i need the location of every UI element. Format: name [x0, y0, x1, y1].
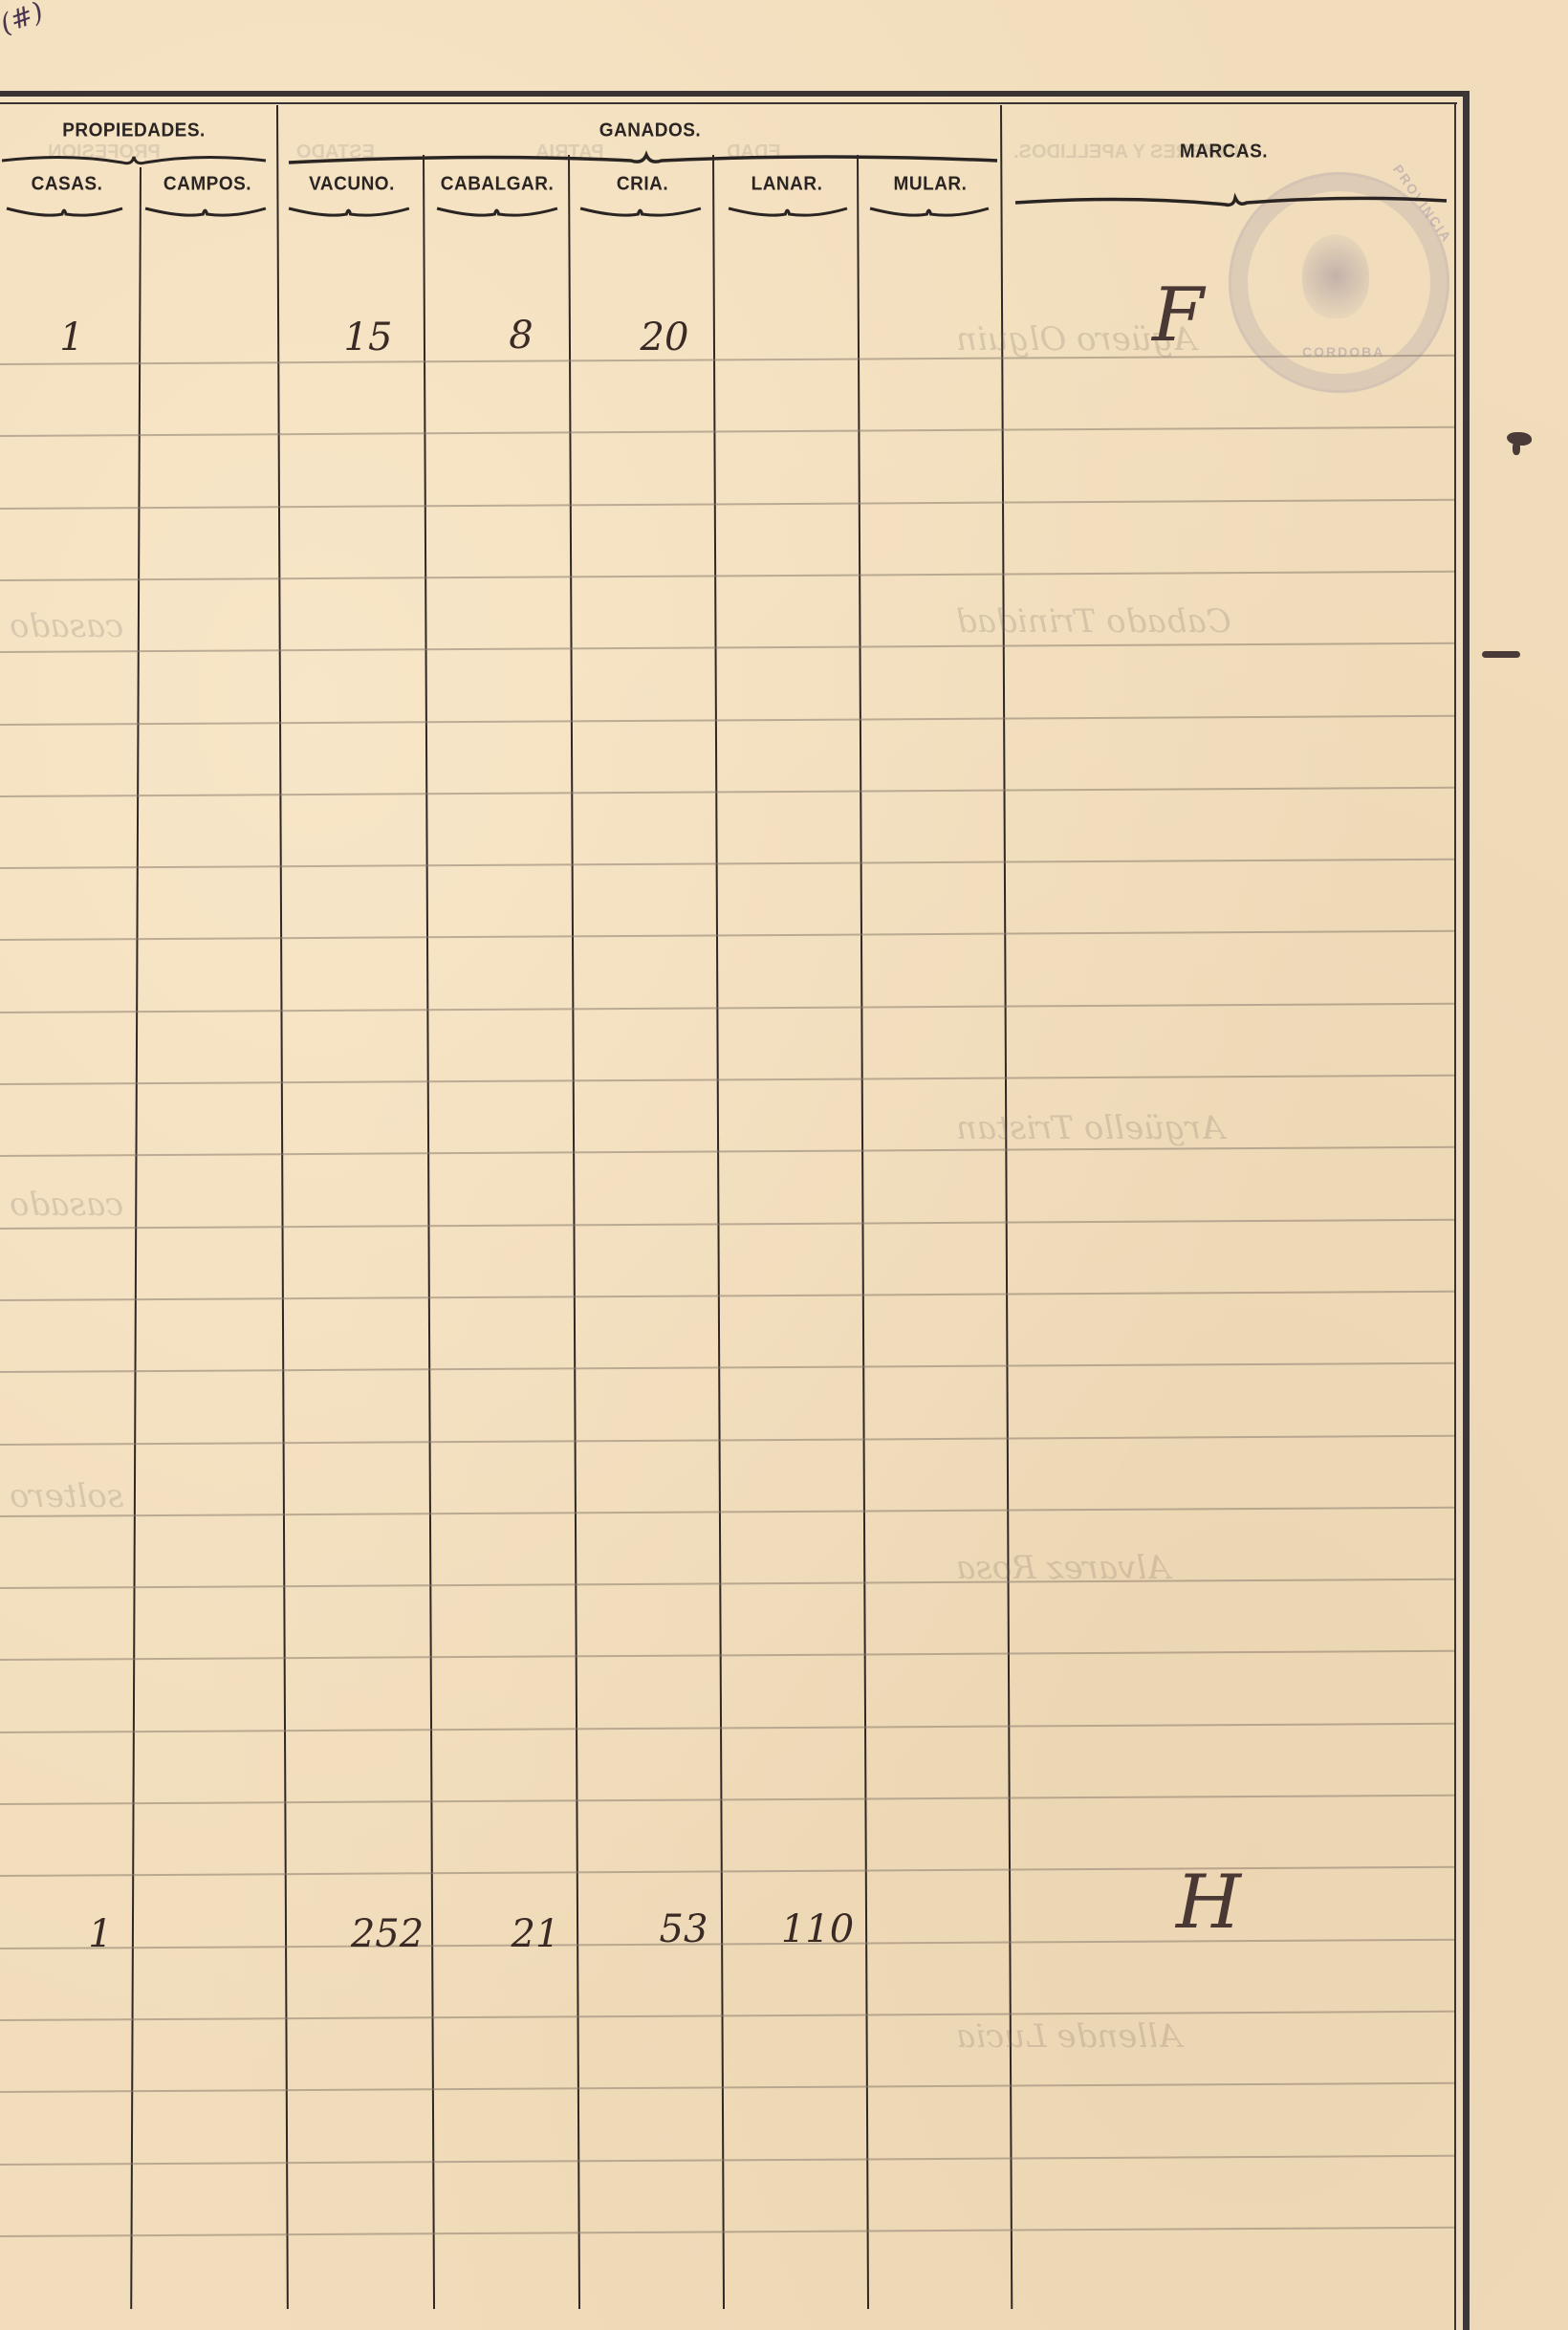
bleed-through-text: Cabado Trinidad — [956, 602, 1231, 641]
ruled-line — [0, 859, 1454, 869]
column-brace — [143, 203, 268, 220]
cell-cabalgar-row2: 21 — [502, 1912, 569, 1956]
column-brace — [435, 203, 559, 220]
cell-vacuno-row1: 15 — [325, 316, 411, 359]
cell-casas-row2: 1 — [72, 1912, 129, 1956]
cell-vacuno-row2: 252 — [339, 1912, 435, 1956]
column-divider — [130, 167, 141, 2309]
column-divider — [857, 155, 869, 2309]
group-brace-ganados — [287, 149, 999, 166]
margin-ink-blot — [1513, 442, 1520, 455]
column-header-lanar: LANAR. — [715, 173, 859, 196]
column-divider — [1000, 105, 1013, 2309]
frame-top-inner-border — [0, 102, 1457, 104]
column-header-vacuno: VACUNO. — [279, 173, 425, 196]
ruled-line — [0, 571, 1454, 581]
ruled-line — [0, 1722, 1454, 1732]
column-divider — [712, 155, 725, 2309]
ruled-line — [0, 1434, 1454, 1445]
column-divider — [568, 155, 580, 2309]
brand-mark-f: F — [1152, 272, 1204, 359]
bleed-through-text: Alvarez Rosa — [956, 1549, 1170, 1587]
ruled-line — [0, 355, 1454, 365]
group-header-marcas: MARCAS. — [1128, 141, 1319, 163]
bleed-through-text: casado — [10, 1186, 123, 1224]
cell-cria-row1: 20 — [621, 316, 708, 359]
cell-cabalgar-row1: 8 — [488, 314, 555, 358]
ruled-line — [0, 1002, 1454, 1013]
corner-annotation: (#) — [0, 0, 48, 40]
column-brace — [868, 203, 991, 220]
column-brace — [5, 203, 124, 220]
ruled-line — [0, 1218, 1454, 1229]
ruled-line — [0, 1362, 1454, 1373]
marcas-brace — [1013, 191, 1448, 208]
ruled-line — [0, 2154, 1454, 2165]
bleed-through-text: soltero — [10, 1477, 123, 1515]
ruled-line — [0, 2082, 1454, 2093]
column-brace — [727, 203, 849, 220]
ruled-line — [0, 1507, 1454, 1517]
brand-mark-h: H — [1176, 1860, 1241, 1946]
ruled-line — [0, 1579, 1454, 1589]
ruled-line — [0, 1291, 1454, 1301]
column-divider — [423, 155, 435, 2309]
ruled-line — [0, 426, 1454, 437]
frame-right-border — [1463, 91, 1470, 2330]
column-header-campos: CAMPOS. — [136, 173, 279, 196]
cell-lanar-row2: 110 — [774, 1907, 860, 1951]
cell-cria-row2: 53 — [650, 1907, 717, 1951]
column-header-casas: CASAS. — [0, 173, 134, 196]
cell-casas-row1: 1 — [38, 316, 105, 359]
group-brace-propiedades — [0, 149, 268, 166]
bleed-through-text: Argüello Tristan — [956, 1109, 1225, 1147]
column-brace — [287, 203, 411, 220]
column-brace — [578, 203, 703, 220]
column-header-mular: MULAR. — [859, 173, 1002, 196]
ruled-line — [0, 642, 1454, 653]
ruled-line — [0, 714, 1454, 725]
ruled-line — [0, 498, 1454, 509]
ruled-line — [0, 1075, 1454, 1085]
ruled-line — [0, 1650, 1454, 1661]
bleed-through-text: Allende Lucia — [956, 2017, 1182, 2056]
column-header-cria: CRIA. — [570, 173, 715, 196]
ruled-line — [0, 2011, 1454, 2021]
group-header-propiedades: PROPIEDADES. — [0, 120, 268, 142]
ruled-line — [0, 2227, 1454, 2237]
group-header-ganados: GANADOS. — [516, 120, 784, 142]
frame-right-inner-border — [1454, 102, 1456, 2330]
ruled-line — [0, 787, 1454, 797]
bleed-through-text: casado — [10, 607, 123, 645]
margin-ink-dash — [1482, 651, 1520, 658]
stamp-coat-of-arms-icon — [1302, 234, 1369, 318]
frame-top-border — [0, 91, 1470, 97]
column-header-cabalgar: CABALGAR. — [425, 173, 570, 196]
column-divider — [276, 105, 288, 2309]
ruled-line — [0, 1795, 1454, 1805]
ruled-line — [0, 930, 1454, 941]
ruled-line — [0, 1146, 1454, 1157]
